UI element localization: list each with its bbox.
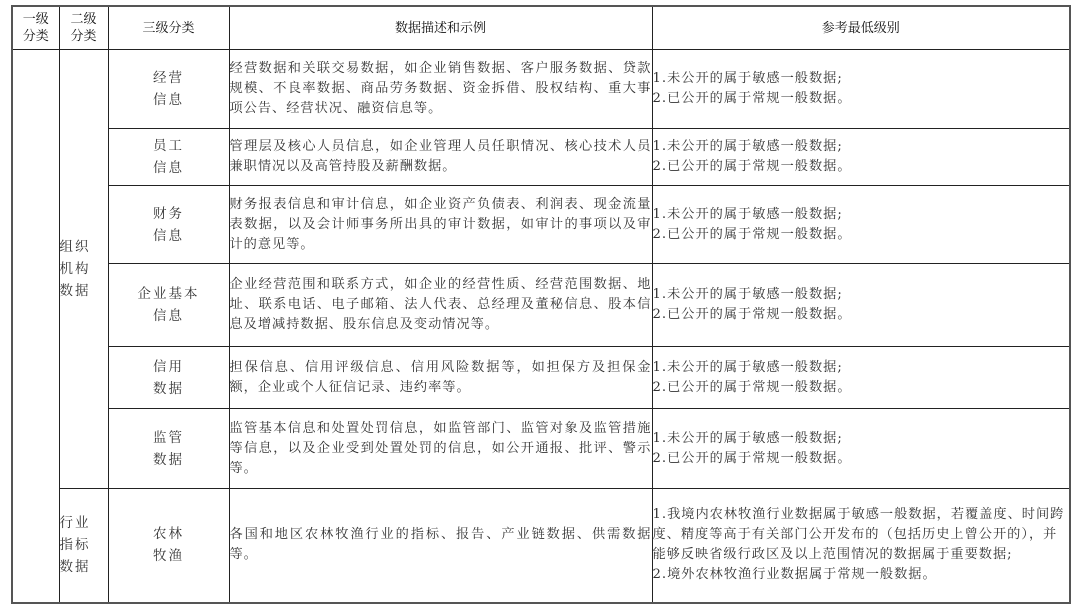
description-cell: 财务报表信息和审计信息，如企业资产负债表、利润表、现金流量表数据，以及会计师事务… xyxy=(229,186,652,264)
min-level-cell: 1.未公开的属于敏感一般数据; 2.已公开的属于常规一般数据。 xyxy=(652,347,1070,409)
level3-cell: 财务 信息 xyxy=(108,186,229,264)
header-level1: 一级 分类 xyxy=(12,6,59,50)
level1-cell xyxy=(12,50,59,603)
level2-cell-org-data: 组织 机构 数据 xyxy=(59,50,108,489)
table-row: 行业 指标 数据 农林 牧渔 各国和地区农林牧渔行业的指标、报告、产业链数据、供… xyxy=(12,489,1070,603)
description-cell: 监管基本信息和处置处罚信息，如监管部门、监管对象及监管措施等信息，以及企业受到处… xyxy=(229,409,652,489)
description-cell: 企业经营范围和联系方式，如企业的经营性质、经营范围数据、地址、联系电话、电子邮箱… xyxy=(229,264,652,347)
header-level3: 三级分类 xyxy=(108,6,229,50)
table-row: 监管 数据 监管基本信息和处置处罚信息，如监管部门、监管对象及监管措施等信息，以… xyxy=(12,409,1070,489)
min-level-cell: 1.未公开的属于敏感一般数据; 2.已公开的属于常规一般数据。 xyxy=(652,50,1070,129)
level3-cell: 农林 牧渔 xyxy=(108,489,229,603)
min-level-cell: 1.未公开的属于敏感一般数据; 2.已公开的属于常规一般数据。 xyxy=(652,409,1070,489)
description-cell: 各国和地区农林牧渔行业的指标、报告、产业链数据、供需数据等。 xyxy=(229,489,652,603)
header-level2: 二级 分类 xyxy=(59,6,108,50)
description-cell: 担保信息、信用评级信息、信用风险数据等，如担保方及担保金额，企业或个人征信记录、… xyxy=(229,347,652,409)
level3-cell: 经营 信息 xyxy=(108,50,229,129)
header-row: 一级 分类 二级 分类 三级分类 数据描述和示例 参考最低级别 xyxy=(12,6,1070,50)
min-level-cell: 1.未公开的属于敏感一般数据; 2.已公开的属于常规一般数据。 xyxy=(652,186,1070,264)
min-level-cell: 1.未公开的属于敏感一般数据; 2.已公开的属于常规一般数据。 xyxy=(652,264,1070,347)
header-description: 数据描述和示例 xyxy=(229,6,652,50)
level3-cell: 信用 数据 xyxy=(108,347,229,409)
min-level-cell: 1.我境内农林牧渔行业数据属于敏感一般数据，若覆盖度、时间跨度、精度等高于有关部… xyxy=(652,489,1070,603)
table-row: 企业基本 信息 企业经营范围和联系方式，如企业的经营性质、经营范围数据、地址、联… xyxy=(12,264,1070,347)
level3-cell: 员工 信息 xyxy=(108,129,229,186)
level3-cell: 监管 数据 xyxy=(108,409,229,489)
description-cell: 管理层及核心人员信息，如企业管理人员任职情况、核心技术人员兼职情况以及高管持股及… xyxy=(229,129,652,186)
table-row: 组织 机构 数据 经营 信息 经营数据和关联交易数据，如企业销售数据、客户服务数… xyxy=(12,50,1070,129)
table-row: 财务 信息 财务报表信息和审计信息，如企业资产负债表、利润表、现金流量表数据，以… xyxy=(12,186,1070,264)
table-row: 信用 数据 担保信息、信用评级信息、信用风险数据等，如担保方及担保金额，企业或个… xyxy=(12,347,1070,409)
header-min-level: 参考最低级别 xyxy=(652,6,1070,50)
table-row: 员工 信息 管理层及核心人员信息，如企业管理人员任职情况、核心技术人员兼职情况以… xyxy=(12,129,1070,186)
level2-cell-industry-data: 行业 指标 数据 xyxy=(59,489,108,603)
min-level-cell: 1.未公开的属于敏感一般数据; 2.已公开的属于常规一般数据。 xyxy=(652,129,1070,186)
classification-table: 一级 分类 二级 分类 三级分类 数据描述和示例 参考最低级别 组织 机构 数据… xyxy=(11,5,1071,604)
level3-cell: 企业基本 信息 xyxy=(108,264,229,347)
description-cell: 经营数据和关联交易数据，如企业销售数据、客户服务数据、贷款规模、不良率数据、商品… xyxy=(229,50,652,129)
